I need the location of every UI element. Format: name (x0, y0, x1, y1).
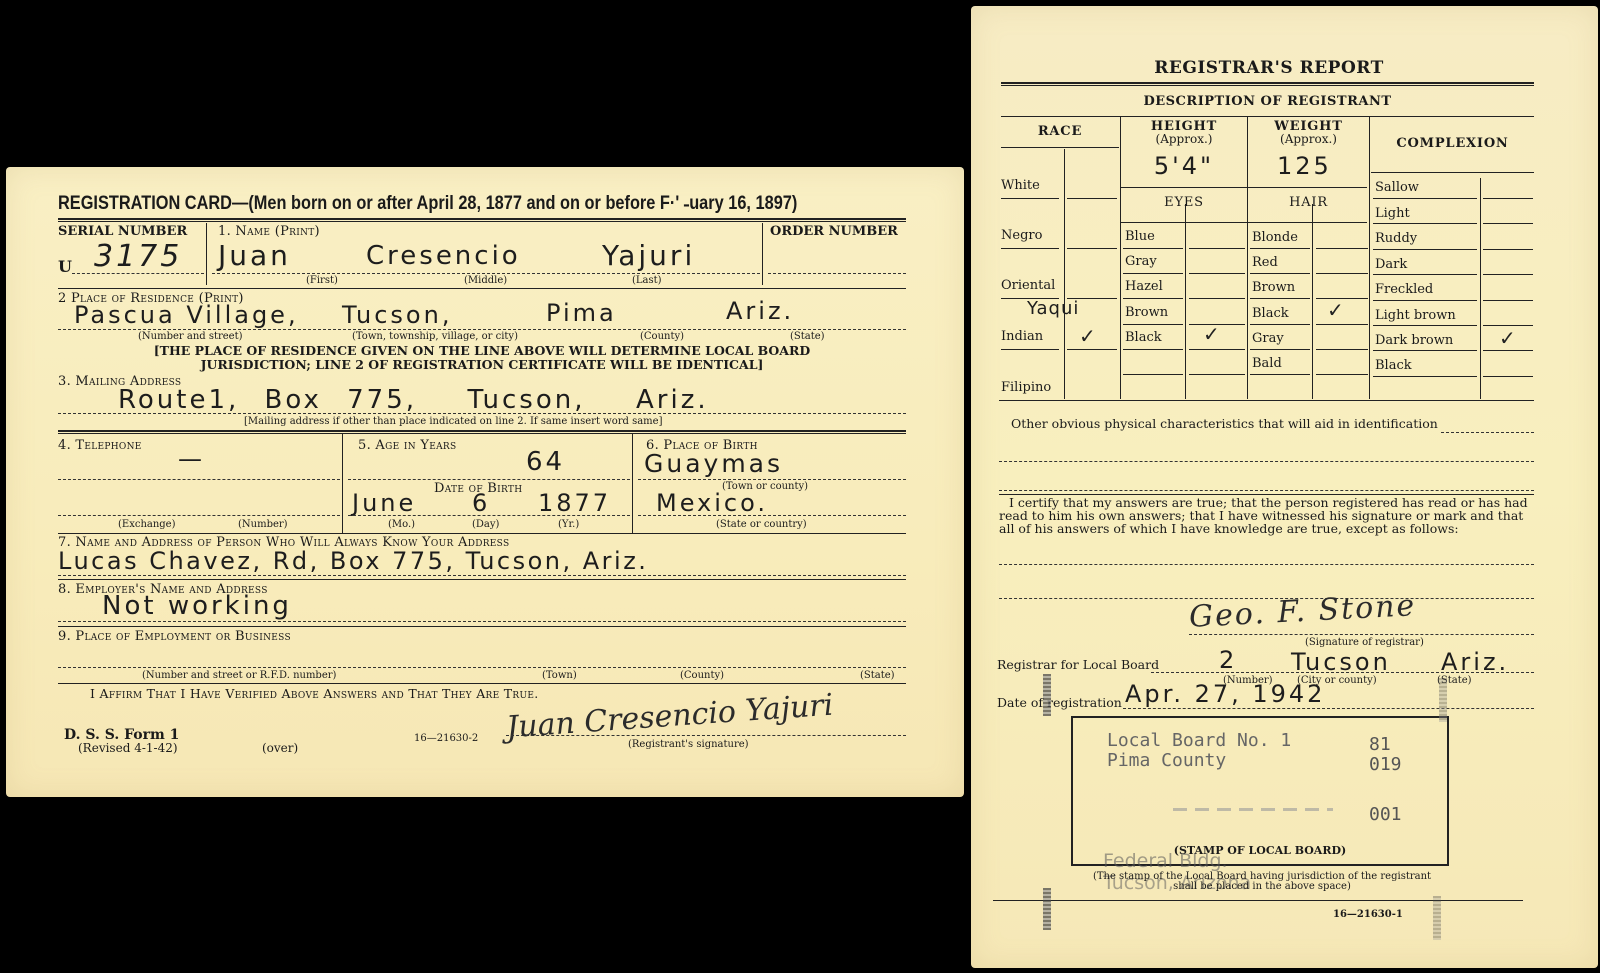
rule (58, 430, 906, 434)
registrant-signature[interactable]: Juan Cresencio Yajuri (505, 688, 834, 746)
staple-mark (1439, 678, 1447, 722)
rule (1067, 198, 1117, 199)
stamp-line-2: Pima County (1107, 750, 1226, 771)
rule (1371, 172, 1534, 173)
employer-line (58, 621, 906, 622)
employer-value[interactable]: Not working (102, 591, 292, 621)
description-subtitle: DESCRIPTION OF REGISTRANT (1001, 94, 1534, 109)
affirmation-text: I Affirm That I Have Verified Above Answ… (90, 686, 538, 701)
order-number-label: ORDER NUMBER (770, 224, 898, 239)
name-label: 1. Name (Print) (218, 224, 320, 239)
rule (1001, 82, 1534, 86)
complexion-sallow: Sallow (1375, 180, 1419, 195)
employment-line (58, 667, 906, 668)
rule (1067, 248, 1117, 249)
name-last[interactable]: Yajuri (602, 239, 695, 272)
divider (632, 433, 633, 533)
birth-country-line (638, 515, 906, 516)
local-board-number[interactable]: 2 (1219, 646, 1237, 674)
stamp-code-2: 019 (1369, 754, 1402, 775)
report-title: REGISTRAR'S REPORT (971, 58, 1567, 78)
stamp-box: Local Board No. 1 Pima County 81 019 001… (1071, 716, 1449, 866)
certification-text: I certify that my answers are true; that… (999, 496, 1539, 535)
caption-mo: (Mo.) (388, 519, 415, 530)
caption-last: (Last) (632, 275, 662, 286)
race-divider (1064, 149, 1065, 399)
mailing-caption: [Mailing address if other than place ind… (244, 416, 662, 427)
height-header: HEIGHT (Approx.) (1121, 120, 1247, 146)
registrar-signature-line (1189, 634, 1534, 635)
stamp-overprint-1: Federal Bldg. (1103, 850, 1228, 872)
rule (58, 288, 906, 289)
other-line-2 (999, 490, 1534, 491)
local-board-line (1151, 672, 1534, 673)
height-value[interactable]: 5'4" (1121, 152, 1247, 180)
bottom-rule (993, 900, 1523, 901)
race-filipino: Filipino (1001, 380, 1051, 395)
order-number-line (768, 273, 906, 274)
back-print-code: 16—21630-1 (1333, 909, 1403, 920)
registrar-signature[interactable]: Geo. F. Stone (1188, 588, 1417, 635)
residence-county[interactable]: Pima (546, 299, 617, 327)
eyes-header: EYES (1121, 195, 1247, 210)
name-middle[interactable]: Cresencio (366, 241, 521, 271)
birth-country[interactable]: Mexico. (656, 489, 768, 517)
height-sub: (Approx.) (1121, 133, 1247, 146)
residence-notice: [THE PLACE OF RESIDENCE GIVEN ON THE LIN… (58, 344, 906, 372)
serial-number-label: SERIAL NUMBER (58, 224, 187, 239)
notice-line-2: JURISDICTION; LINE 2 OF REGISTRATION CER… (58, 358, 906, 372)
registration-card-front: REGISTRATION CARD—(Men born on or after … (6, 167, 964, 797)
hair-blonde: Blonde (1252, 230, 1298, 245)
name-line (212, 273, 760, 274)
hair-header: HAIR (1248, 195, 1369, 210)
race-indian: Indian (1001, 329, 1043, 344)
rule (1121, 187, 1367, 188)
rule (1001, 248, 1059, 249)
age-value[interactable]: 64 (526, 447, 565, 477)
telephone-label: 4. Telephone (58, 438, 142, 453)
certify-line-3: all of his answers of which I have knowl… (999, 522, 1539, 535)
dob-day[interactable]: 6 (472, 489, 490, 517)
rule (1001, 198, 1059, 199)
race-header: RACE (1001, 124, 1119, 139)
signature-caption: (Registrant's signature) (628, 739, 749, 750)
rule (1067, 349, 1117, 350)
date-of-registration-value[interactable]: Apr. 27, 1942 (1125, 680, 1325, 708)
caption-state-country: (State or country) (716, 519, 807, 530)
caption-day: (Day) (472, 519, 499, 530)
complexion-header: COMPLEXION (1371, 136, 1534, 151)
serial-prefix: U (58, 257, 72, 276)
age-line (348, 479, 630, 480)
caption-county: (County) (680, 670, 724, 681)
registrars-report-back: REGISTRAR'S REPORT DESCRIPTION OF REGIST… (971, 6, 1598, 968)
stamp-code-3: 001 (1369, 804, 1402, 825)
weight-sub: (Approx.) (1248, 133, 1369, 146)
staple-mark (1043, 888, 1051, 930)
contact-line (58, 575, 906, 576)
residence-town[interactable]: Tucson, (342, 301, 452, 329)
caption-middle: (Middle) (464, 275, 507, 286)
divider (762, 223, 763, 285)
residence-state[interactable]: Ariz. (726, 297, 794, 325)
rule (1001, 349, 1059, 350)
stamp-faded-text (1173, 808, 1333, 811)
age-label: 5. Age in Years (358, 438, 456, 453)
caption-town: (Town) (542, 670, 577, 681)
race-annotation[interactable]: Yaqui (1027, 298, 1079, 319)
divider (342, 433, 343, 533)
other-line-1 (999, 461, 1534, 462)
race-indian-check-icon[interactable]: ✓ (1079, 324, 1096, 348)
rule (1121, 222, 1367, 223)
race-oriental: Oriental (1001, 278, 1055, 293)
title-rule (58, 218, 906, 222)
local-board-label: Registrar for Local Board (997, 657, 1159, 672)
residence-line (58, 329, 906, 330)
caption-rfd: (Number and street or R.F.D. number) (142, 670, 336, 681)
rule (58, 683, 906, 684)
mailing-address-value[interactable]: Route1, Box 775, Tucson, Ariz. (118, 385, 709, 415)
caption-state: (State) (860, 670, 895, 681)
date-of-registration-label: Date of registration (997, 695, 1122, 710)
mailing-line (58, 413, 906, 414)
serial-number-value[interactable]: 3175 (94, 239, 182, 274)
card-title: REGISTRATION CARD—(Men born on or after … (58, 193, 797, 215)
stamp-code-1: 81 (1369, 734, 1391, 755)
rule (58, 533, 906, 534)
stamp-note-2: shall be placed in the above space) (1067, 882, 1457, 892)
birth-town-line (638, 479, 906, 480)
caption-exchange: (Exchange) (118, 519, 176, 530)
signature-line (506, 735, 906, 736)
date-line (1123, 708, 1534, 709)
caption-yr: (Yr.) (558, 519, 579, 530)
caption-county: (County) (640, 331, 684, 342)
serial-line (72, 273, 204, 274)
stamp-note: (The stamp of the Local Board having jur… (1067, 872, 1457, 892)
stamp-line-1: Local Board No. 1 (1107, 730, 1291, 751)
rule (58, 626, 906, 627)
dob-line (348, 515, 630, 516)
complexion-rules (1371, 198, 1534, 388)
rule (58, 579, 906, 580)
table-bottom-rule (999, 400, 1534, 401)
weight-value[interactable]: 125 (1277, 152, 1332, 180)
telephone-value[interactable]: — (178, 445, 205, 473)
name-first[interactable]: Juan (218, 239, 291, 272)
registrar-signature-caption: (Signature of registrar) (1305, 637, 1424, 648)
other-characteristics-label: Other obvious physical characteristics t… (1011, 416, 1438, 431)
dob-year[interactable]: 1877 (538, 489, 611, 517)
over-label: (over) (262, 741, 298, 755)
form-revised: (Revised 4-1-42) (78, 741, 178, 755)
staple-mark (1433, 896, 1441, 940)
caption-street: (Number and street) (138, 331, 243, 342)
telephone-line-1 (58, 479, 340, 480)
divider (206, 223, 207, 285)
caption-first: (First) (306, 275, 338, 286)
rule (1001, 147, 1119, 148)
print-code: 16—21630-2 (414, 733, 478, 744)
staple-mark (1043, 674, 1051, 716)
caption-town: (Town, township, village, or city) (352, 331, 518, 342)
eyes-blue: Blue (1125, 229, 1155, 244)
race-white: White (1001, 178, 1040, 193)
telephone-line-2 (58, 515, 340, 516)
race-negro: Negro (1001, 228, 1042, 243)
contact-person-value[interactable]: Lucas Chavez, Rd, Box 775, Tucson, Ariz. (58, 547, 648, 575)
place-of-employment-label: 9. Place of Employment or Business (58, 629, 291, 644)
notice-line-1: [THE PLACE OF RESIDENCE GIVEN ON THE LIN… (58, 344, 906, 358)
caption-state: (State) (790, 331, 825, 342)
residence-street[interactable]: Pascua Village, (74, 301, 299, 329)
other-line-0 (1441, 432, 1534, 433)
rule (1001, 116, 1534, 117)
cert-line-1 (999, 564, 1534, 565)
caption-number: (Number) (238, 519, 288, 530)
birth-town[interactable]: Guaymas (644, 449, 783, 478)
dob-month[interactable]: June (352, 489, 416, 517)
weight-header: WEIGHT (Approx.) (1248, 120, 1369, 146)
